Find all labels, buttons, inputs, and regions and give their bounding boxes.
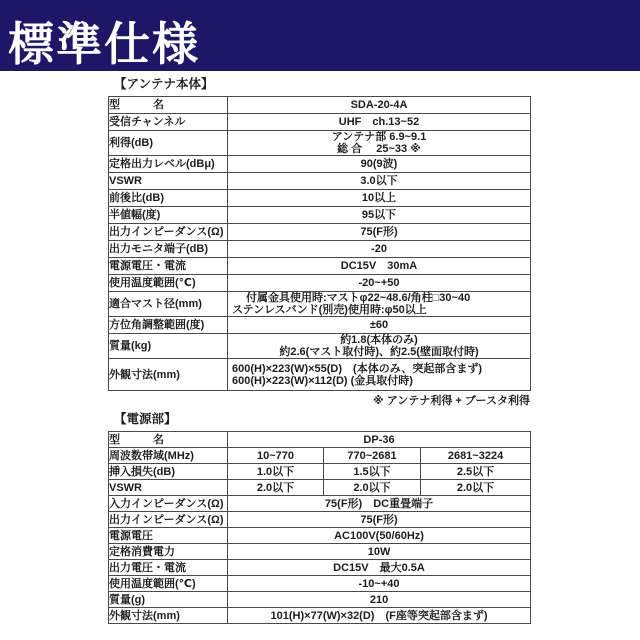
row-label: 電源電圧 bbox=[109, 528, 228, 544]
row-value: 600(H)×223(W)×55(D) (本体のみ、突起部含まず) 600(H)… bbox=[228, 359, 531, 391]
table-row: 利得(dB) アンテナ部 6.9~9.1 総 合 25~33 ※ bbox=[109, 131, 531, 156]
row-label: 適合マスト径(mm) bbox=[109, 292, 228, 317]
table-row: 電源電圧 AC100V(50/60Hz) bbox=[109, 528, 531, 544]
row-label: 半値幅(度) bbox=[109, 207, 228, 224]
table-row: 質量(kg) 約1.8(本体のみ) 約2.6(マスト取付時)、約2.5(壁面取付… bbox=[109, 334, 531, 359]
table-row: 受信チャンネル UHF ch.13~52 bbox=[109, 114, 531, 131]
table-row: 使用温度範囲(℃) -10~+40 bbox=[109, 576, 531, 592]
antenna-section-heading: 【アンテナ本体】 bbox=[114, 77, 530, 92]
row-value: 101(H)×77(W)×32(D) (F座等突起部含まず) bbox=[228, 608, 531, 624]
table-row: 使用温度範囲(℃) -20~+50 bbox=[109, 275, 531, 292]
row-value: 75(F形) bbox=[228, 224, 531, 241]
row-value: 75(F形) DC重畳端子 bbox=[228, 496, 531, 512]
row-value: 75(F形) bbox=[228, 512, 531, 528]
header-banner: 標準仕様 bbox=[0, 0, 640, 71]
power-section-heading: 【電源部】 bbox=[114, 412, 530, 427]
table-row: 入力インピーダンス(Ω) 75(F形) DC重畳端子 bbox=[109, 496, 531, 512]
row-label: 型 名 bbox=[109, 432, 228, 448]
row-value: 10W bbox=[228, 544, 531, 560]
row-label: 質量(kg) bbox=[109, 334, 228, 359]
table-row: 挿入損失(dB) 1.0以下 1.5以下 2.5以下 bbox=[109, 464, 531, 480]
row-value: 90(9波) bbox=[228, 156, 531, 173]
row-label: 使用温度範囲(℃) bbox=[109, 576, 228, 592]
row-label: 方位角調整範囲(度) bbox=[109, 317, 228, 334]
row-label: 入力インピーダンス(Ω) bbox=[109, 496, 228, 512]
row-value: 2.0以下 bbox=[228, 480, 324, 496]
row-label: 利得(dB) bbox=[109, 131, 228, 156]
row-label: 使用温度範囲(℃) bbox=[109, 275, 228, 292]
row-label: 出力モニタ端子(dB) bbox=[109, 241, 228, 258]
row-value: 210 bbox=[228, 592, 531, 608]
power-spec-table: 型 名 DP-36 周波数帯域(MHz) 10~770 770~2681 268… bbox=[108, 431, 531, 624]
row-value: 3.0以下 bbox=[228, 173, 531, 190]
table-row: 質量(g) 210 bbox=[109, 592, 531, 608]
row-value: DP-36 bbox=[228, 432, 531, 448]
row-value: 95以下 bbox=[228, 207, 531, 224]
table-row: 外観寸法(mm) 600(H)×223(W)×55(D) (本体のみ、突起部含ま… bbox=[109, 359, 531, 391]
table-row: 定格出力レベル(dBμ) 90(9波) bbox=[109, 156, 531, 173]
table-row: 方位角調整範囲(度) ±60 bbox=[109, 317, 531, 334]
table-row: 適合マスト径(mm) 付属金具使用時:マストφ22~48.6/角柱□30~40 … bbox=[109, 292, 531, 317]
row-label: 受信チャンネル bbox=[109, 114, 228, 131]
footnote: ※ アンテナ利得 + ブースタ利得 bbox=[108, 395, 530, 408]
row-label: 外観寸法(mm) bbox=[109, 608, 228, 624]
row-label: 定格消費電力 bbox=[109, 544, 228, 560]
page-title: 標準仕様 bbox=[0, 0, 640, 67]
row-label: 出力電圧・電流 bbox=[109, 560, 228, 576]
row-value: DC15V 最大0.5A bbox=[228, 560, 531, 576]
table-row: 定格消費電力 10W bbox=[109, 544, 531, 560]
table-row: 型 名 DP-36 bbox=[109, 432, 531, 448]
row-value: 2.5以下 bbox=[421, 464, 531, 480]
row-value: SDA-20-4A bbox=[228, 97, 531, 114]
row-label: 質量(g) bbox=[109, 592, 228, 608]
row-value: アンテナ部 6.9~9.1 総 合 25~33 ※ bbox=[228, 131, 531, 156]
row-value: 付属金具使用時:マストφ22~48.6/角柱□30~40 ステンレスバンド(別売… bbox=[228, 292, 531, 317]
row-label: 型 名 bbox=[109, 97, 228, 114]
table-row: VSWR 2.0以下 2.0以下 2.0以下 bbox=[109, 480, 531, 496]
table-row: VSWR 3.0以下 bbox=[109, 173, 531, 190]
row-label: 周波数帯域(MHz) bbox=[109, 448, 228, 464]
table-row: 型 名 SDA-20-4A bbox=[109, 97, 531, 114]
row-value: 2.0以下 bbox=[324, 480, 421, 496]
table-row: 出力インピーダンス(Ω) 75(F形) bbox=[109, 512, 531, 528]
row-value: -20 bbox=[228, 241, 531, 258]
row-value: 約1.8(本体のみ) 約2.6(マスト取付時)、約2.5(壁面取付時) bbox=[228, 334, 531, 359]
row-value: 770~2681 bbox=[324, 448, 421, 464]
spec-content: 【アンテナ本体】 型 名 SDA-20-4A 受信チャンネル UHF ch.13… bbox=[108, 77, 530, 624]
antenna-spec-table: 型 名 SDA-20-4A 受信チャンネル UHF ch.13~52 利得(dB… bbox=[108, 96, 531, 391]
row-value: 10~770 bbox=[228, 448, 324, 464]
row-label: 外観寸法(mm) bbox=[109, 359, 228, 391]
row-value: UHF ch.13~52 bbox=[228, 114, 531, 131]
table-row: 半値幅(度) 95以下 bbox=[109, 207, 531, 224]
row-label: 出力インピーダンス(Ω) bbox=[109, 512, 228, 528]
row-value: DC15V 30mA bbox=[228, 258, 531, 275]
row-value: AC100V(50/60Hz) bbox=[228, 528, 531, 544]
row-label: 定格出力レベル(dBμ) bbox=[109, 156, 228, 173]
row-value: -20~+50 bbox=[228, 275, 531, 292]
table-row: 出力インピーダンス(Ω) 75(F形) bbox=[109, 224, 531, 241]
row-label: 前後比(dB) bbox=[109, 190, 228, 207]
row-label: 電源電圧・電流 bbox=[109, 258, 228, 275]
table-row: 出力モニタ端子(dB) -20 bbox=[109, 241, 531, 258]
table-row: 前後比(dB) 10以上 bbox=[109, 190, 531, 207]
row-label: VSWR bbox=[109, 173, 228, 190]
row-label: 挿入損失(dB) bbox=[109, 464, 228, 480]
row-value: 10以上 bbox=[228, 190, 531, 207]
row-label: 出力インピーダンス(Ω) bbox=[109, 224, 228, 241]
row-label: VSWR bbox=[109, 480, 228, 496]
table-row: 周波数帯域(MHz) 10~770 770~2681 2681~3224 bbox=[109, 448, 531, 464]
row-value: 1.0以下 bbox=[228, 464, 324, 480]
row-value: 1.5以下 bbox=[324, 464, 421, 480]
row-value: -10~+40 bbox=[228, 576, 531, 592]
row-value: 2.0以下 bbox=[421, 480, 531, 496]
row-value: ±60 bbox=[228, 317, 531, 334]
row-value: 2681~3224 bbox=[421, 448, 531, 464]
table-row: 出力電圧・電流 DC15V 最大0.5A bbox=[109, 560, 531, 576]
table-row: 電源電圧・電流 DC15V 30mA bbox=[109, 258, 531, 275]
table-row: 外観寸法(mm) 101(H)×77(W)×32(D) (F座等突起部含まず) bbox=[109, 608, 531, 624]
